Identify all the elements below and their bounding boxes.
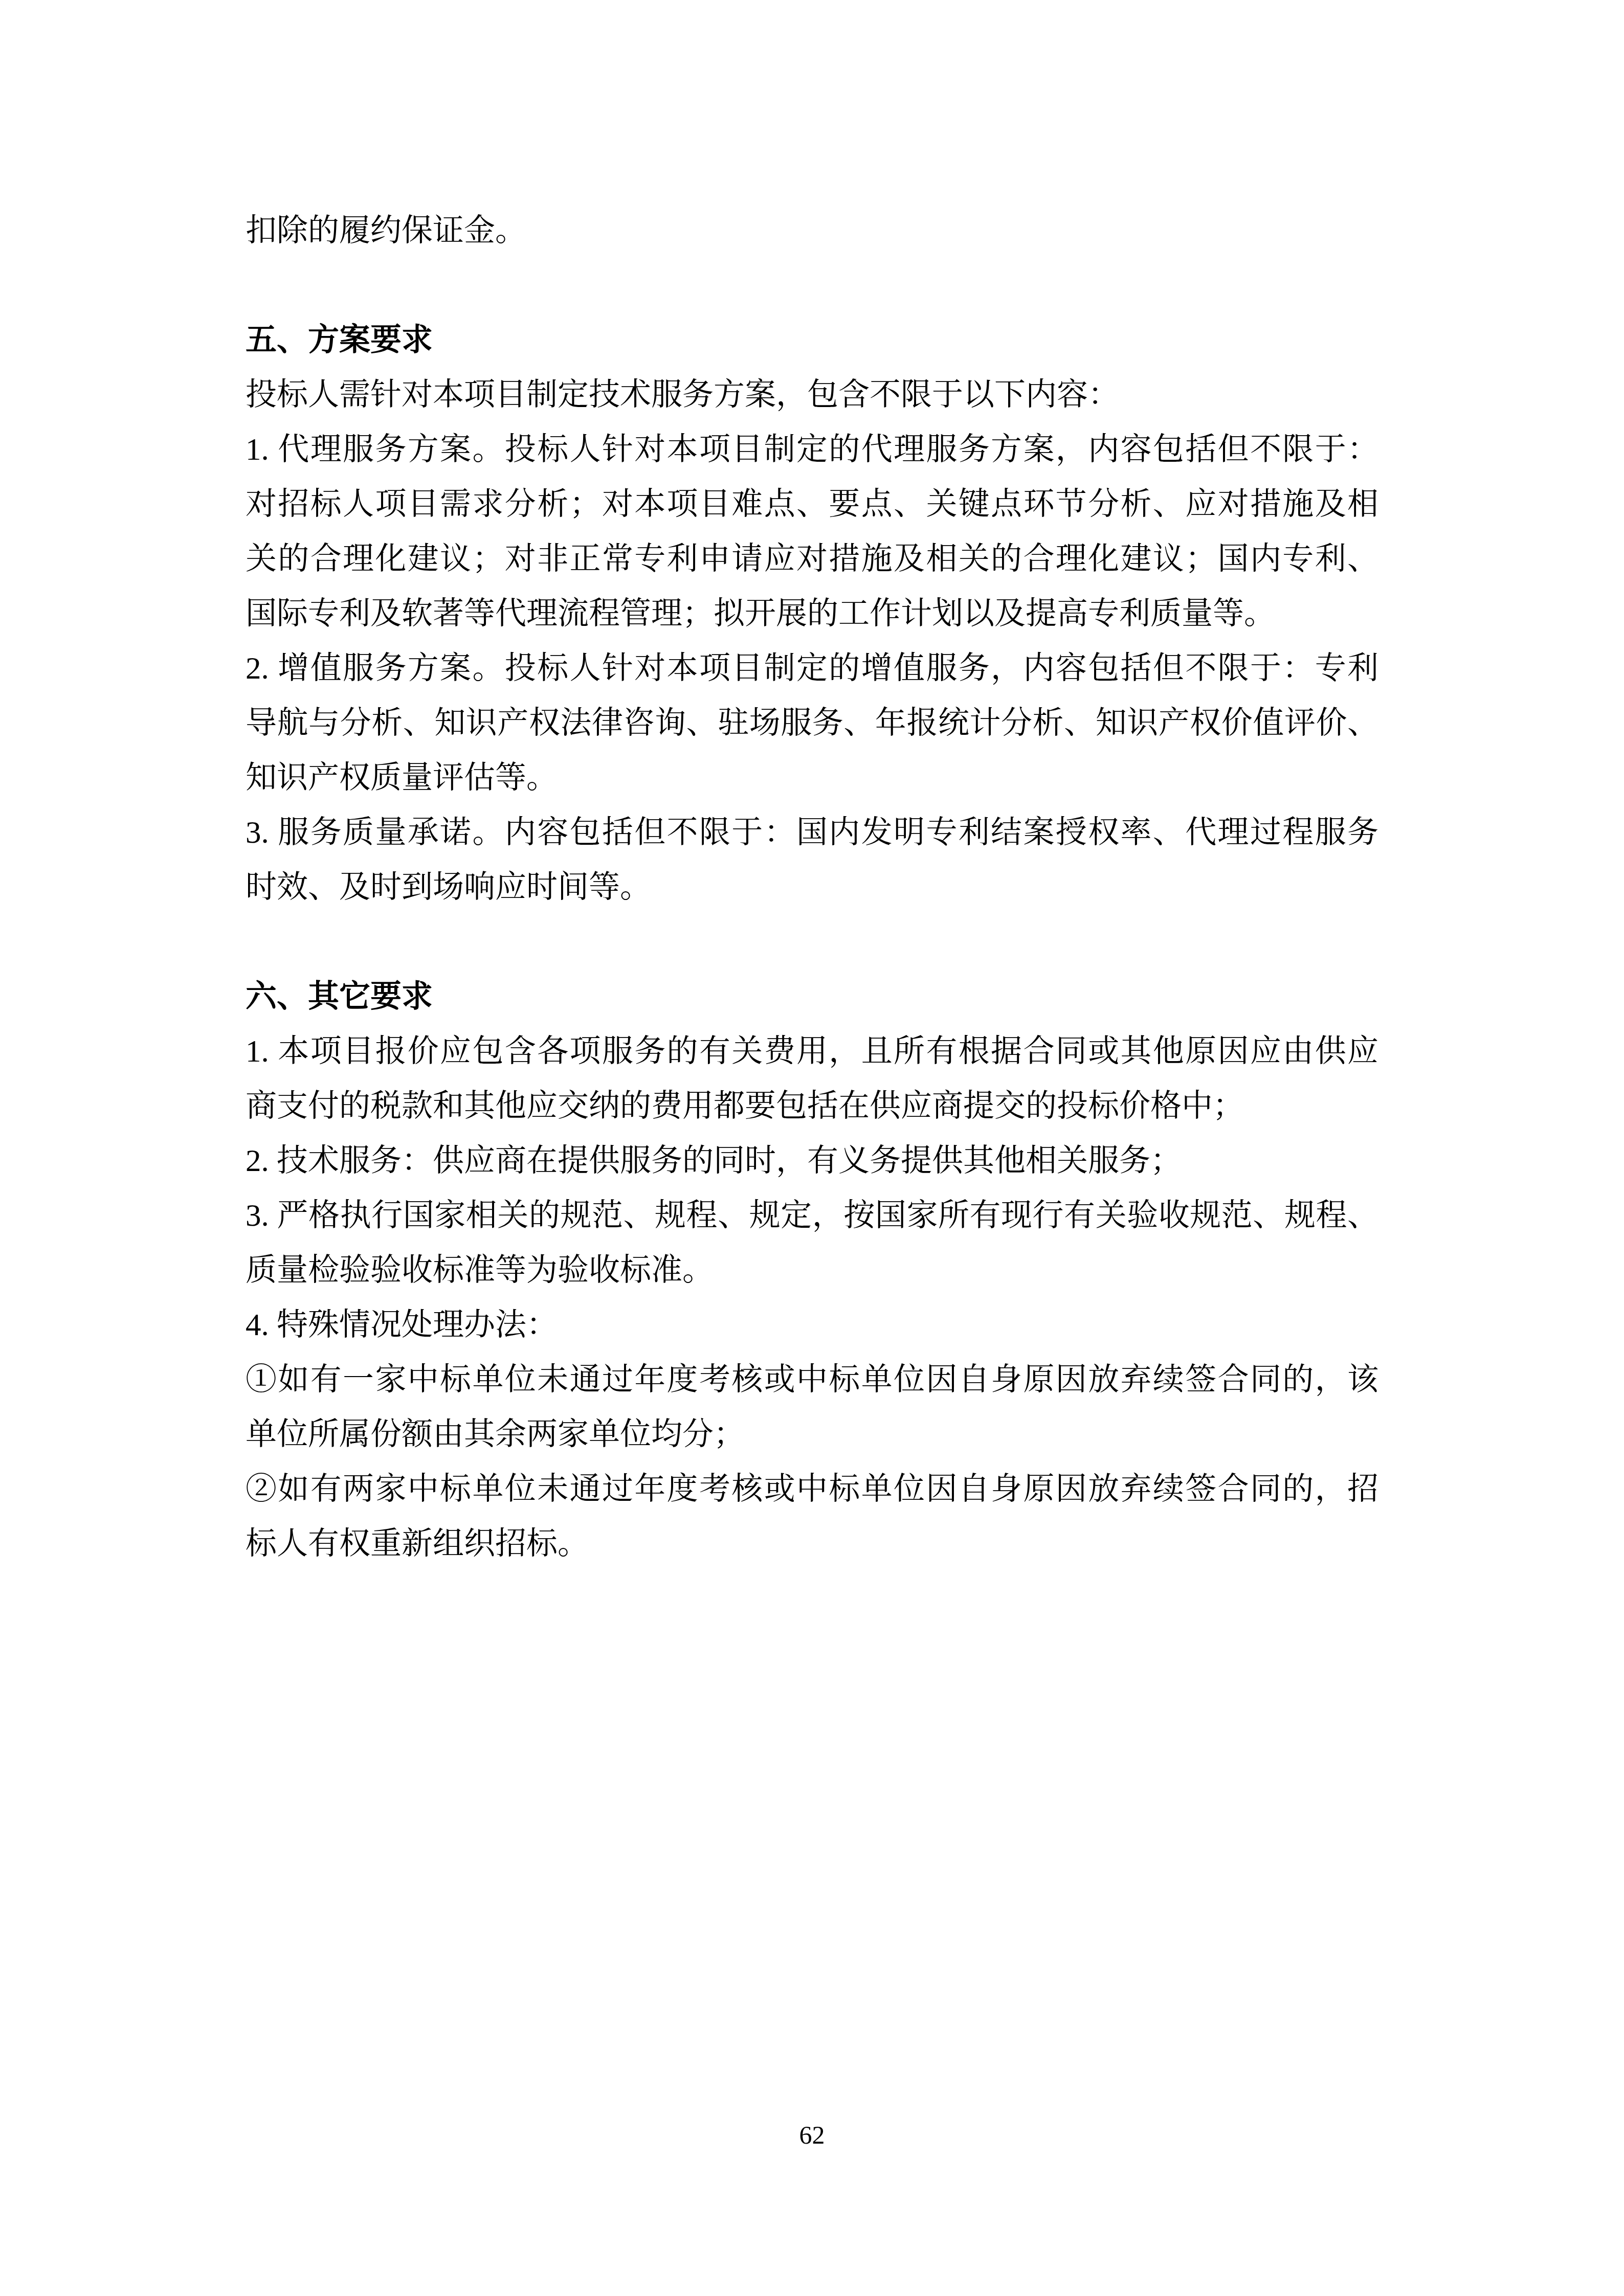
body-line: 关的合理化建议；对非正常专利申请应对措施及相关的合理化建议；国内专利、 [246,532,1378,587]
body-line: 投标人需针对本项目制定技术服务方案，包含不限于以下内容： [246,368,1378,422]
body-line: 商支付的税款和其他应交纳的费用都要包括在供应商提交的投标价格中； [246,1079,1378,1134]
blank-line [246,915,1378,970]
body-line: 国际专利及软著等代理流程管理；拟开展的工作计划以及提高专利质量等。 [246,587,1378,641]
body-line: 导航与分析、知识产权法律咨询、驻场服务、年报统计分析、知识产权价值评价、 [246,696,1378,751]
document-page: 扣除的履约保证金。 五、方案要求 投标人需针对本项目制定技术服务方案，包含不限于… [0,0,1624,2296]
body-line: 知识产权质量评估等。 [246,751,1378,805]
page-number: 62 [0,2120,1624,2150]
body-line: 单位所属份额由其余两家单位均分； [246,1407,1378,1462]
lead-paragraph-line: 扣除的履约保证金。 [246,204,1378,258]
body-line: 2. 增值服务方案。投标人针对本项目制定的增值服务，内容包括但不限于：专利 [246,641,1378,696]
body-line: ②如有两家中标单位未通过年度考核或中标单位因自身原因放弃续签合同的，招 [246,1462,1378,1517]
section-heading-5: 五、方案要求 [246,313,1378,368]
body-line: 1. 代理服务方案。投标人针对本项目制定的代理服务方案，内容包括但不限于： [246,422,1378,477]
section-heading-6: 六、其它要求 [246,970,1378,1024]
body-line: 标人有权重新组织招标。 [246,1517,1378,1571]
document-content: 扣除的履约保证金。 五、方案要求 投标人需针对本项目制定技术服务方案，包含不限于… [246,204,1378,1571]
body-line: 时效、及时到场响应时间等。 [246,860,1378,915]
body-line: ①如有一家中标单位未通过年度考核或中标单位因自身原因放弃续签合同的，该 [246,1353,1378,1407]
body-line: 3. 严格执行国家相关的规范、规程、规定，按国家所有现行有关验收规范、规程、 [246,1188,1378,1243]
body-line: 对招标人项目需求分析；对本项目难点、要点、关键点环节分析、应对措施及相 [246,477,1378,532]
body-line: 1. 本项目报价应包含各项服务的有关费用，且所有根据合同或其他原因应由供应 [246,1024,1378,1079]
body-line: 质量检验验收标准等为验收标准。 [246,1243,1378,1298]
blank-line [246,258,1378,313]
body-line: 2. 技术服务：供应商在提供服务的同时，有义务提供其他相关服务； [246,1134,1378,1188]
body-line: 3. 服务质量承诺。内容包括但不限于：国内发明专利结案授权率、代理过程服务 [246,805,1378,860]
body-line: 4. 特殊情况处理办法： [246,1298,1378,1353]
